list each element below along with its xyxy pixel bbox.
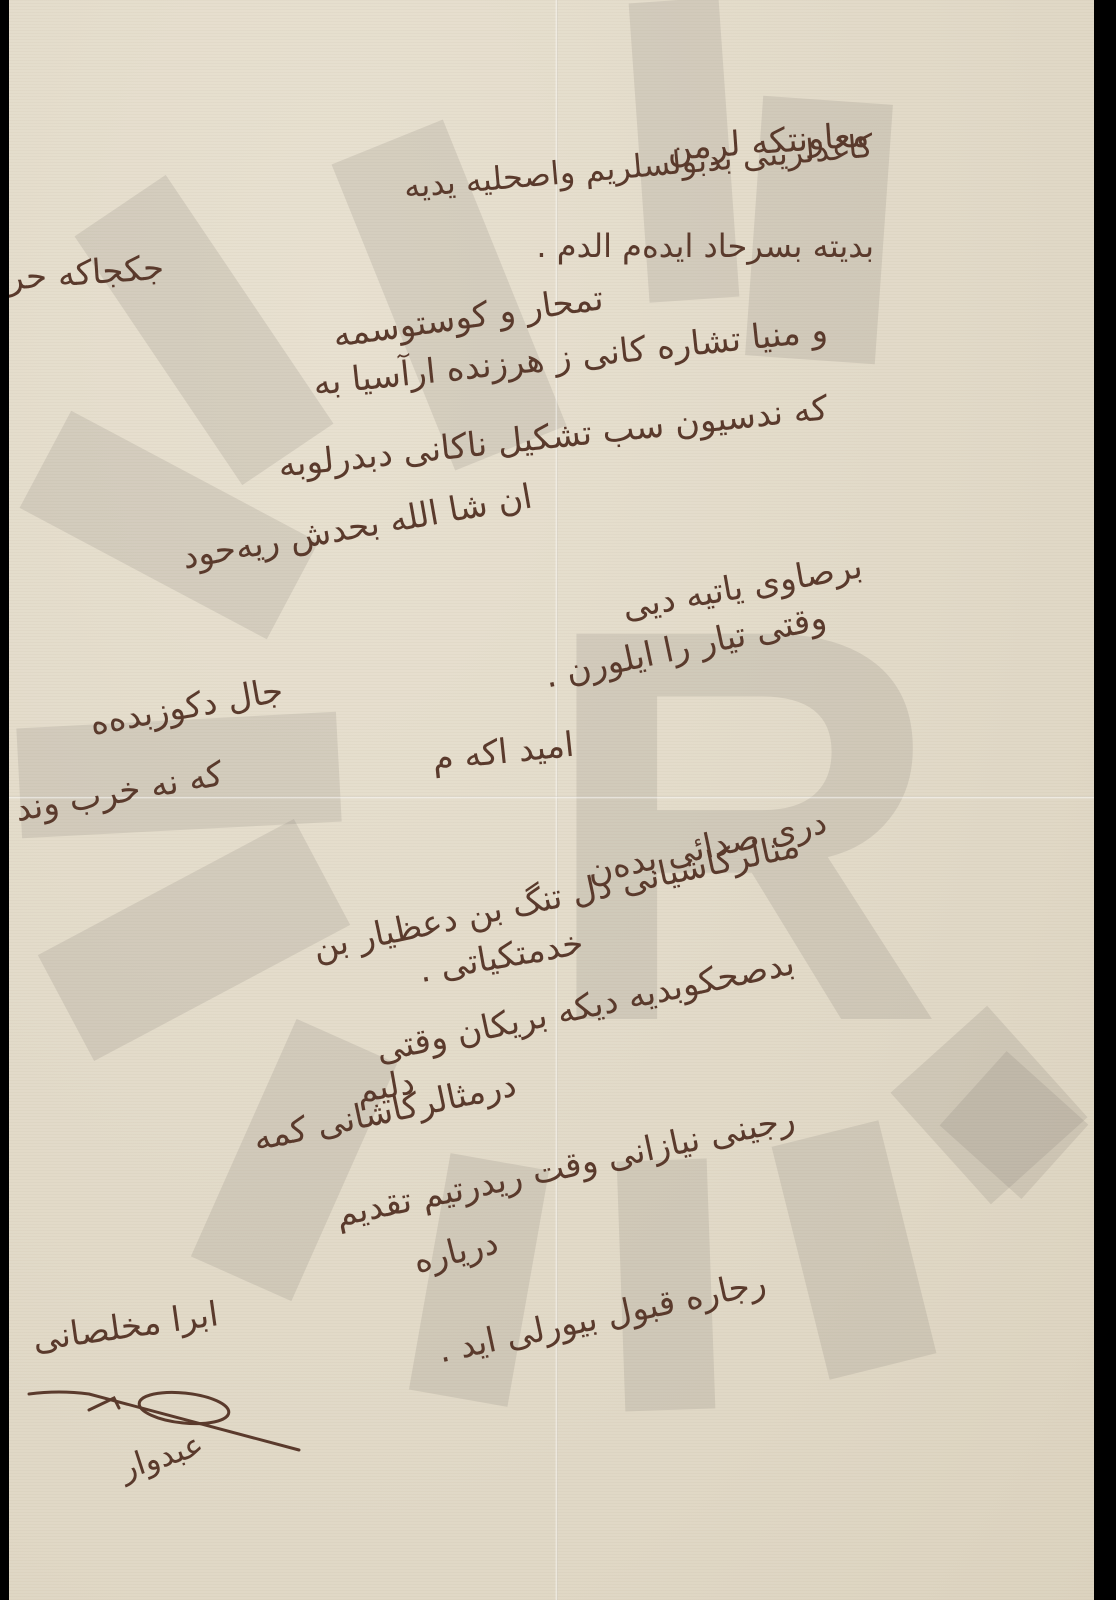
letter-paper: R معاونتکه لرمن کاغذلرینی بدبولسلریم واص… xyxy=(9,0,1094,1600)
letter-line: بدیته بسرحاد ایده‌م الدم . xyxy=(536,230,874,262)
letter-line: ابرا مخلصانی xyxy=(31,1297,221,1357)
